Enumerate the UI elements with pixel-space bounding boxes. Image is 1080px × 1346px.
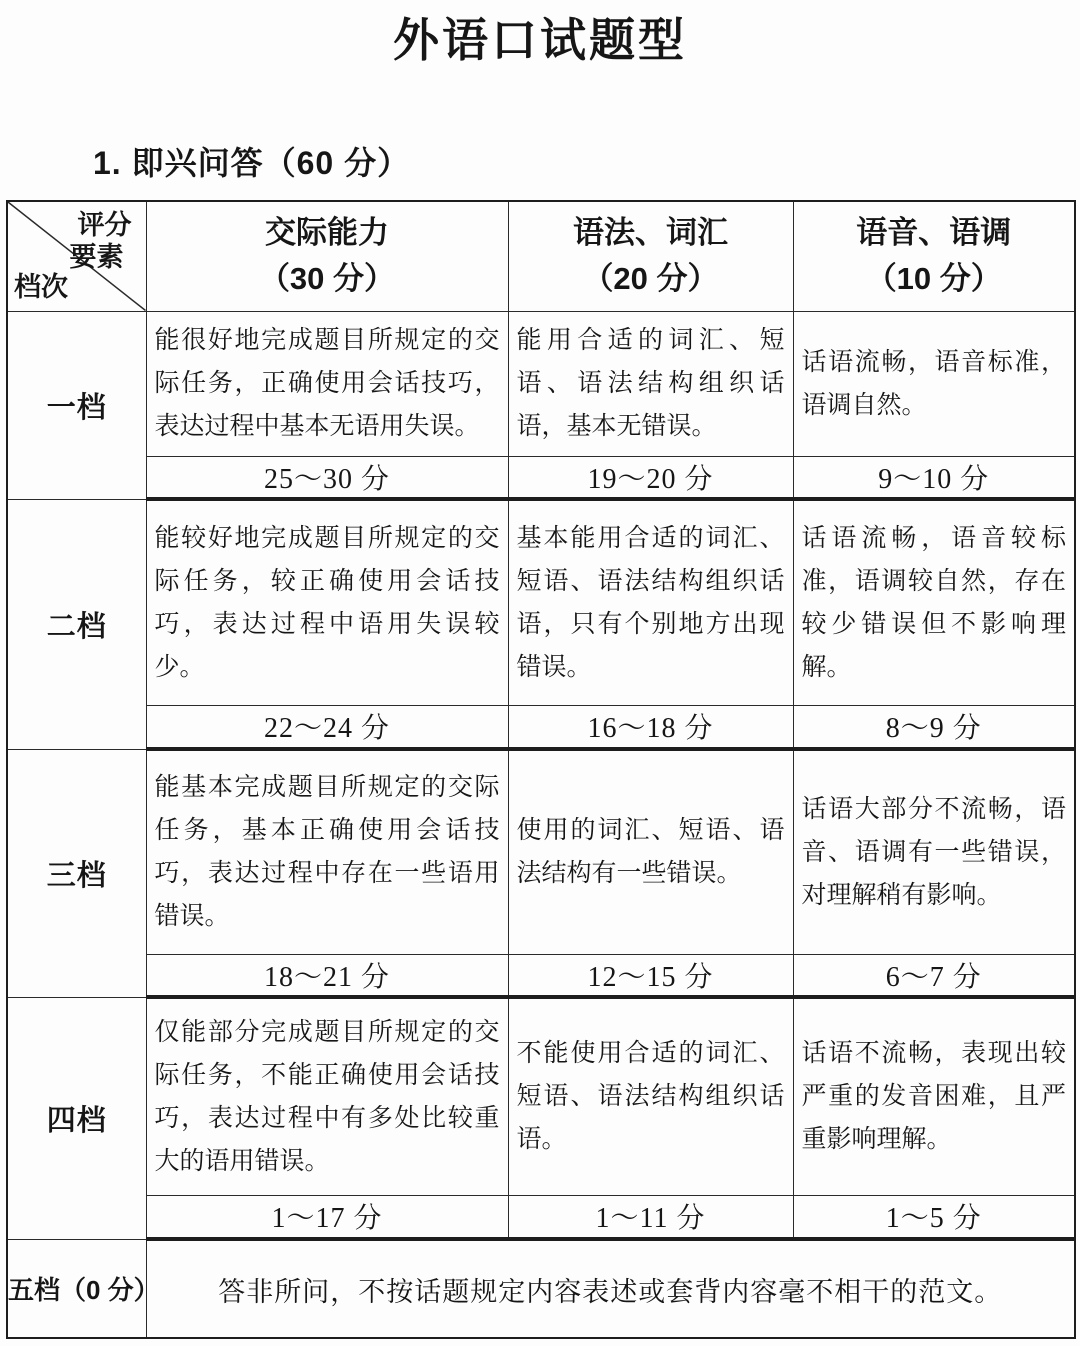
column-header-name: 语音、语调 [794, 210, 1075, 257]
table-row-band2-scores: 22～24 分 16～18 分 8～9 分 [7, 705, 1075, 749]
table-row-band3-description: 三档 能基本完成题目所规定的交际任务，基本正确使用会话技巧，表达过程中存在一些语… [7, 749, 1075, 954]
corner-header-cell: 评分 要素 档次 [7, 201, 146, 311]
band3-pronunciation-score: 6～7 分 [793, 954, 1075, 997]
corner-factor-label-line1: 评分 [78, 212, 132, 239]
band1-pronunciation-description: 话语流畅，语音标准，语调自然。 [793, 311, 1075, 456]
page-title: 外语口试题型 [0, 4, 1080, 70]
band2-pronunciation-description: 话语流畅，语音较标准，语调较自然，存在较少错误但不影响理解。 [793, 499, 1075, 705]
column-header-name: 语法、词汇 [509, 210, 793, 257]
section-heading: 1. 即兴问答（60 分） [93, 138, 410, 184]
band1-grammar-score: 19～20 分 [508, 456, 793, 499]
column-header-name: 交际能力 [147, 210, 508, 257]
document-page: 外语口试题型 1. 即兴问答（60 分） 评分 要素 档次 交际能力 （30 分… [0, 0, 1080, 1346]
band5-description: 答非所问，不按话题规定内容表述或套背内容毫不相干的范文。 [146, 1239, 1075, 1338]
band1-grammar-description: 能用合适的词汇、短语、语法结构组织话语，基本无错误。 [508, 311, 793, 456]
band4-communication-description: 仅能部分完成题目所规定的交际任务，不能正确使用会话技巧，表达过程中有多处比较重大… [146, 997, 508, 1195]
band3-communication-score: 18～21 分 [146, 954, 508, 997]
band2-communication-description: 能较好地完成题目所规定的交际任务，较正确使用会话技巧，表达过程中语用失误较少。 [146, 499, 508, 705]
band4-communication-score: 1～17 分 [146, 1195, 508, 1239]
column-header-points: （30 分） [147, 256, 508, 303]
band1-level-label: 一档 [7, 311, 146, 499]
column-header-communication: 交际能力 （30 分） [146, 201, 508, 311]
scoring-rubric-table: 评分 要素 档次 交际能力 （30 分） 语法、词汇 （20 分） 语音、语调 … [6, 200, 1076, 1339]
band3-grammar-score: 12～15 分 [508, 954, 793, 997]
band2-grammar-description: 基本能用合适的词汇、短语、语法结构组织话语，只有个别地方出现错误。 [508, 499, 793, 705]
band2-pronunciation-score: 8～9 分 [793, 705, 1075, 749]
band4-grammar-description: 不能使用合适的词汇、短语、语法结构组织话语。 [508, 997, 793, 1195]
band4-grammar-score: 1～11 分 [508, 1195, 793, 1239]
column-header-pronunciation: 语音、语调 （10 分） [793, 201, 1075, 311]
band2-grammar-score: 16～18 分 [508, 705, 793, 749]
band3-level-label: 三档 [7, 749, 146, 997]
band5-level-label: 五档（0 分） [7, 1239, 146, 1338]
table-row-band3-scores: 18～21 分 12～15 分 6～7 分 [7, 954, 1075, 997]
band3-pronunciation-description: 话语大部分不流畅，语音、语调有一些错误，对理解稍有影响。 [793, 749, 1075, 954]
column-header-points: （20 分） [509, 256, 793, 303]
corner-level-label: 档次 [14, 274, 68, 301]
column-header-points: （10 分） [794, 256, 1075, 303]
table-row-band5: 五档（0 分） 答非所问，不按话题规定内容表述或套背内容毫不相干的范文。 [7, 1239, 1075, 1338]
band1-pronunciation-score: 9～10 分 [793, 456, 1075, 499]
column-header-grammar-vocab: 语法、词汇 （20 分） [508, 201, 793, 311]
table-row-band4-description: 四档 仅能部分完成题目所规定的交际任务，不能正确使用会话技巧，表达过程中有多处比… [7, 997, 1075, 1195]
table-row-band4-scores: 1～17 分 1～11 分 1～5 分 [7, 1195, 1075, 1239]
band4-level-label: 四档 [7, 997, 146, 1239]
band1-communication-description: 能很好地完成题目所规定的交际任务，正确使用会话技巧，表达过程中基本无语用失误。 [146, 311, 508, 456]
table-row-band1-description: 一档 能很好地完成题目所规定的交际任务，正确使用会话技巧，表达过程中基本无语用失… [7, 311, 1075, 456]
band3-grammar-description: 使用的词汇、短语、语法结构有一些错误。 [508, 749, 793, 954]
band4-pronunciation-description: 话语不流畅，表现出较严重的发音困难，且严重影响理解。 [793, 997, 1075, 1195]
table-row-band2-description: 二档 能较好地完成题目所规定的交际任务，较正确使用会话技巧，表达过程中语用失误较… [7, 499, 1075, 705]
band4-pronunciation-score: 1～5 分 [793, 1195, 1075, 1239]
band2-level-label: 二档 [7, 499, 146, 749]
band3-communication-description: 能基本完成题目所规定的交际任务，基本正确使用会话技巧，表达过程中存在一些语用错误… [146, 749, 508, 954]
table-header-row: 评分 要素 档次 交际能力 （30 分） 语法、词汇 （20 分） 语音、语调 … [7, 201, 1075, 311]
table-row-band1-scores: 25～30 分 19～20 分 9～10 分 [7, 456, 1075, 499]
band1-communication-score: 25～30 分 [146, 456, 508, 499]
corner-factor-label-line2: 要素 [70, 244, 124, 271]
band2-communication-score: 22～24 分 [146, 705, 508, 749]
